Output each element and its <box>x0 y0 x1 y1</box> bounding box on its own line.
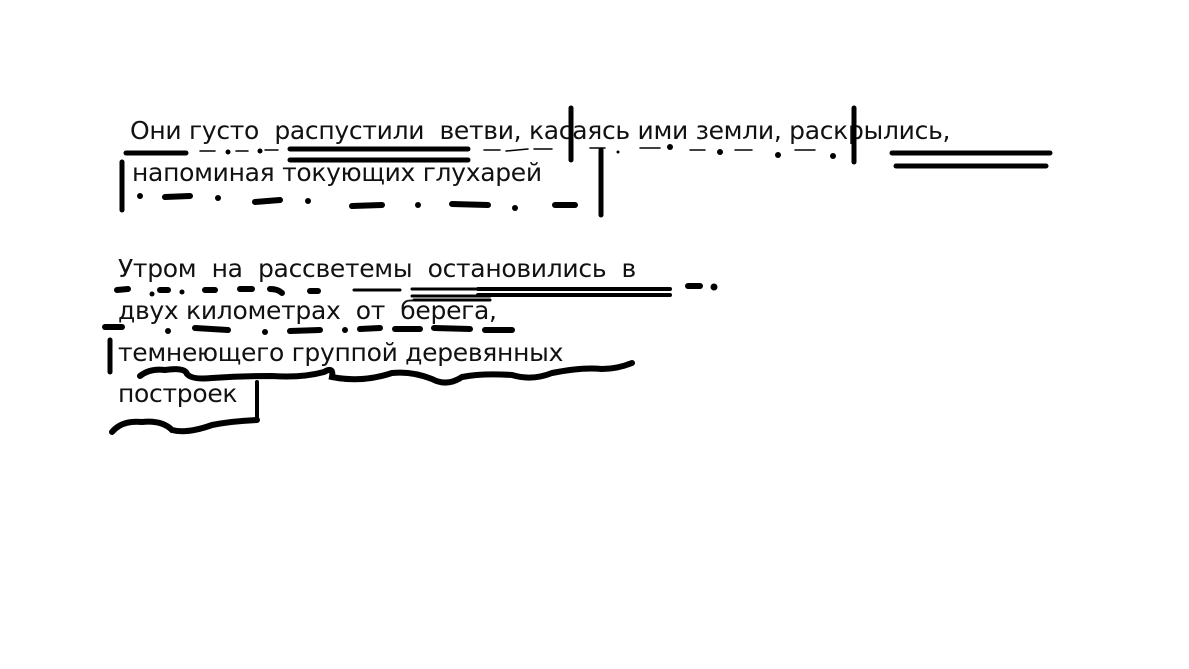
predicate-underline-3 <box>412 289 670 300</box>
object-underline <box>484 149 552 151</box>
participle-phrase-underline-1 <box>590 144 836 159</box>
predicate-underline-2 <box>892 153 1050 166</box>
adverbial-underline-utrom <box>117 289 318 297</box>
predicate-underline-1 <box>290 149 468 160</box>
parse-markings <box>0 0 1189 669</box>
definition-wavy-underline <box>112 363 632 432</box>
participle-phrase-underline-2 <box>137 193 575 211</box>
adverbial-underline-dvuh <box>105 327 512 335</box>
adverbial-underline-gusto <box>200 149 278 155</box>
drawing-canvas: Они густо распустили ветви, касаясь ими … <box>0 0 1189 669</box>
phrase-boundary-1 <box>122 108 854 215</box>
adverbial-underline-v <box>688 284 718 291</box>
